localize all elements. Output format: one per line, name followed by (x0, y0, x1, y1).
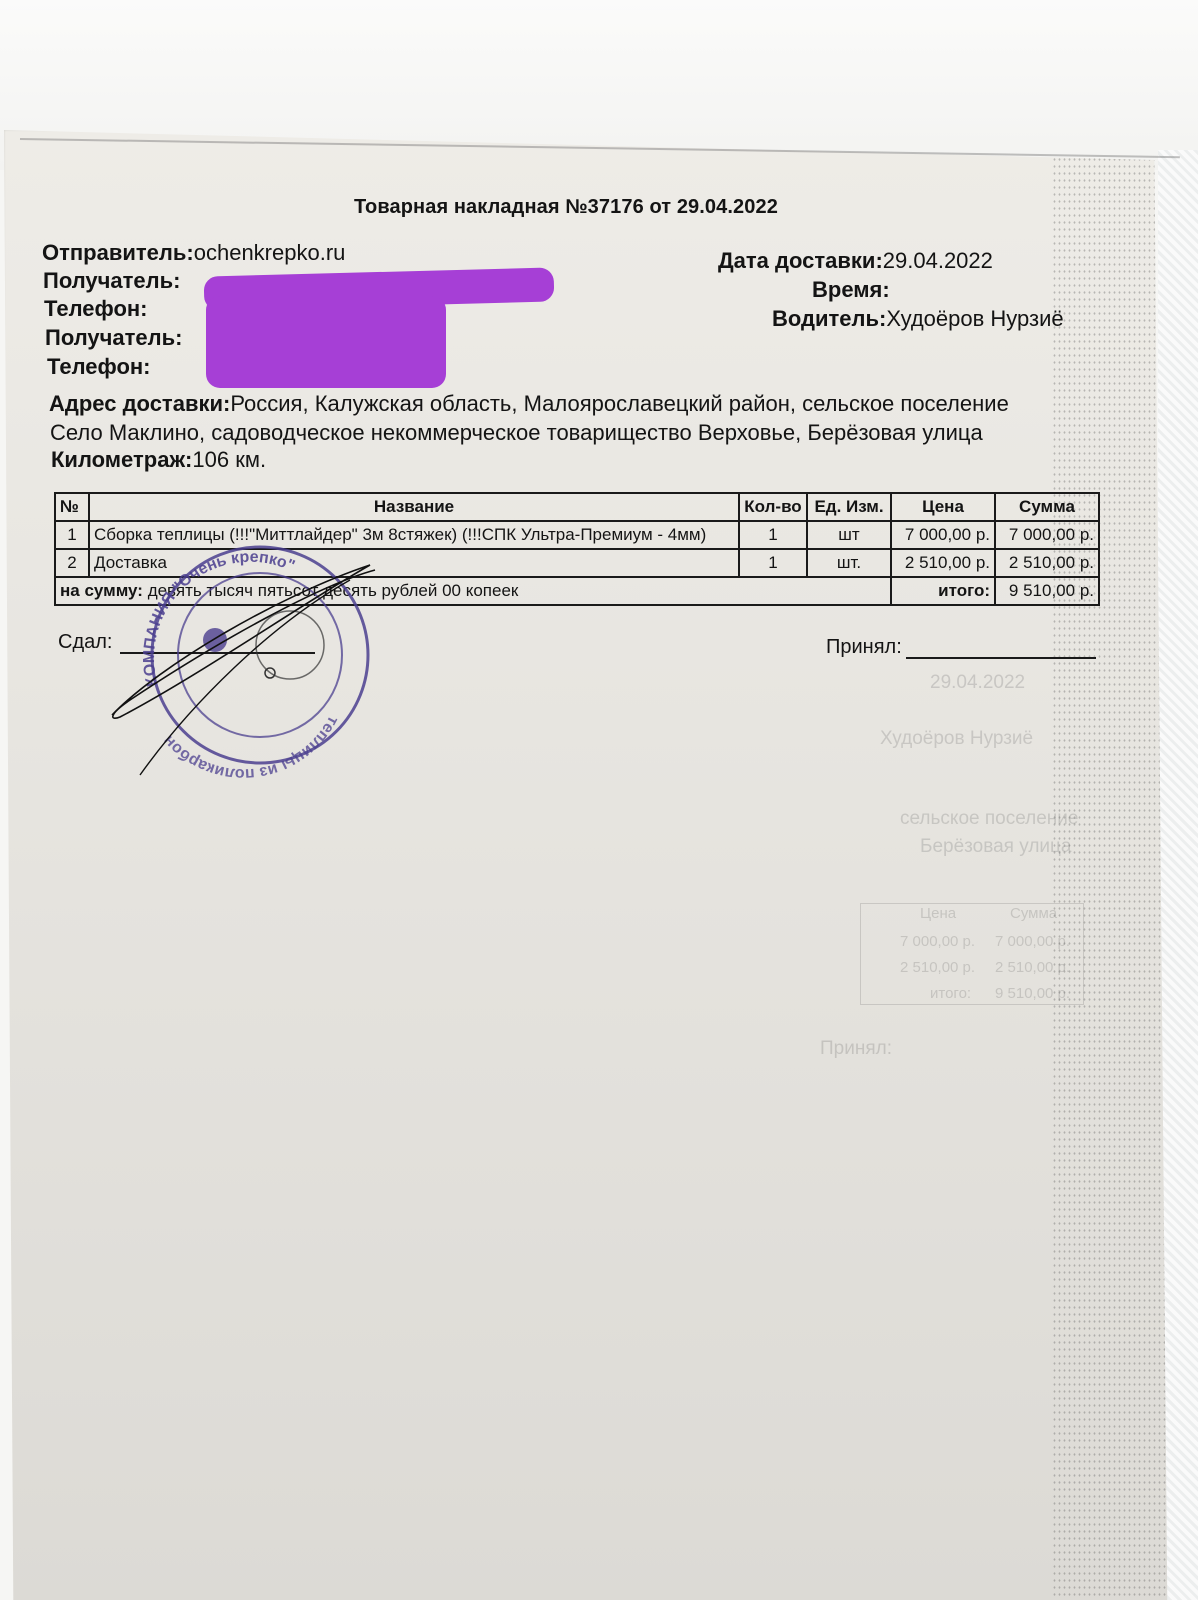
row-price: 7 000,00 р. (891, 521, 995, 549)
row-number: 1 (55, 521, 89, 549)
row-price: 2 510,00 р. (891, 549, 995, 577)
ghost-text: Худоёров Нурзиё (880, 728, 1033, 750)
recipient1-label: Получатель: (43, 268, 180, 293)
delivery-date-value: 29.04.2022 (883, 248, 993, 273)
time-label: Время: (812, 277, 890, 302)
ghost-text: сельское поселение (900, 808, 1078, 830)
row-unit: шт (807, 521, 891, 549)
document-title: Товарная накладная №37176 от 29.04.2022 (354, 196, 778, 219)
phone2-label: Телефон: (47, 354, 151, 379)
col-unit: Ед. Изм. (807, 493, 891, 521)
total-label: итого: (891, 577, 995, 605)
ghost-text: Принял: (820, 1038, 892, 1060)
delivery-date-field: Дата доставки:29.04.2022 (718, 248, 993, 274)
ghost-text: Сумма (1010, 905, 1057, 922)
phone1-label: Телефон: (44, 296, 148, 321)
col-qty: Кол-во (739, 493, 807, 521)
svg-text:КОМПАНИЯ "Очень крепко": КОМПАНИЯ "Очень крепко" (141, 549, 297, 689)
redaction-mark (206, 296, 446, 388)
stamp-text-top: КОМПАНИЯ "Очень крепко" (141, 549, 297, 689)
col-price: Цена (891, 493, 995, 521)
col-sum: Сумма (995, 493, 1099, 521)
row-number: 2 (55, 549, 89, 577)
driver-value: Худоёров Нурзиё (886, 306, 1063, 331)
ghost-text: итого: (930, 985, 971, 1002)
address-label: Адрес доставки: (49, 391, 230, 416)
recipient2-field: Получатель: (45, 325, 182, 351)
received-signature-line (906, 657, 1096, 659)
col-number: № (55, 493, 89, 521)
company-stamp-icon: КОМПАНИЯ "Очень крепко" теплицы из полик… (100, 545, 380, 785)
ghost-text: 29.04.2022 (930, 672, 1025, 694)
sender-label: Отправитель: (42, 240, 194, 265)
mileage-field: Километраж:106 км. (51, 447, 266, 473)
row-qty: 1 (739, 521, 807, 549)
sender-field: Отправитель:ochenkrepko.ru (42, 240, 345, 266)
ghost-text: 2 510,00 р. (995, 959, 1070, 976)
ghost-text: Берёзовая улица (920, 836, 1071, 858)
address-field: Адрес доставки:Россия, Калужская область… (49, 391, 1009, 417)
sender-value: ochenkrepko.ru (194, 240, 346, 265)
recipient1-field: Получатель: (43, 268, 180, 294)
row-sum: 2 510,00 р. (995, 549, 1099, 577)
driver-label: Водитель: (772, 306, 886, 331)
recipient2-label: Получатель: (45, 325, 182, 350)
svg-text:теплицы из поликарбоната: теплицы из поликарбоната (100, 545, 342, 782)
ghost-text: Цена (920, 905, 956, 922)
driver-field: Водитель:Худоёров Нурзиё (772, 306, 1064, 332)
mileage-value: 106 км. (192, 447, 266, 472)
ghost-text: 7 000,00 р. (995, 933, 1070, 950)
total-value: 9 510,00 р. (995, 577, 1099, 605)
time-field: Время: (812, 277, 890, 303)
table-header-row: № Название Кол-во Ед. Изм. Цена Сумма (55, 493, 1099, 521)
address-line2: Село Маклино, садоводческое некоммерческ… (50, 420, 983, 446)
ghost-text: 2 510,00 р. (900, 959, 975, 976)
ghost-text: 9 510,00 р. (995, 985, 1070, 1002)
stamp-text-bottom: теплицы из поликарбоната (100, 545, 342, 782)
phone1-field: Телефон: (44, 296, 148, 322)
phone2-field: Телефон: (47, 354, 151, 380)
row-qty: 1 (739, 549, 807, 577)
delivery-date-label: Дата доставки: (718, 248, 883, 273)
mileage-label: Километраж: (51, 447, 192, 472)
ghost-text: 7 000,00 р. (900, 933, 975, 950)
received-label: Принял: (826, 636, 902, 659)
row-sum: 7 000,00 р. (995, 521, 1099, 549)
row-unit: шт. (807, 549, 891, 577)
toner-speckle (1052, 128, 1172, 1600)
address-line1: Россия, Калужская область, Малоярославец… (230, 391, 1008, 416)
col-name: Название (89, 493, 739, 521)
